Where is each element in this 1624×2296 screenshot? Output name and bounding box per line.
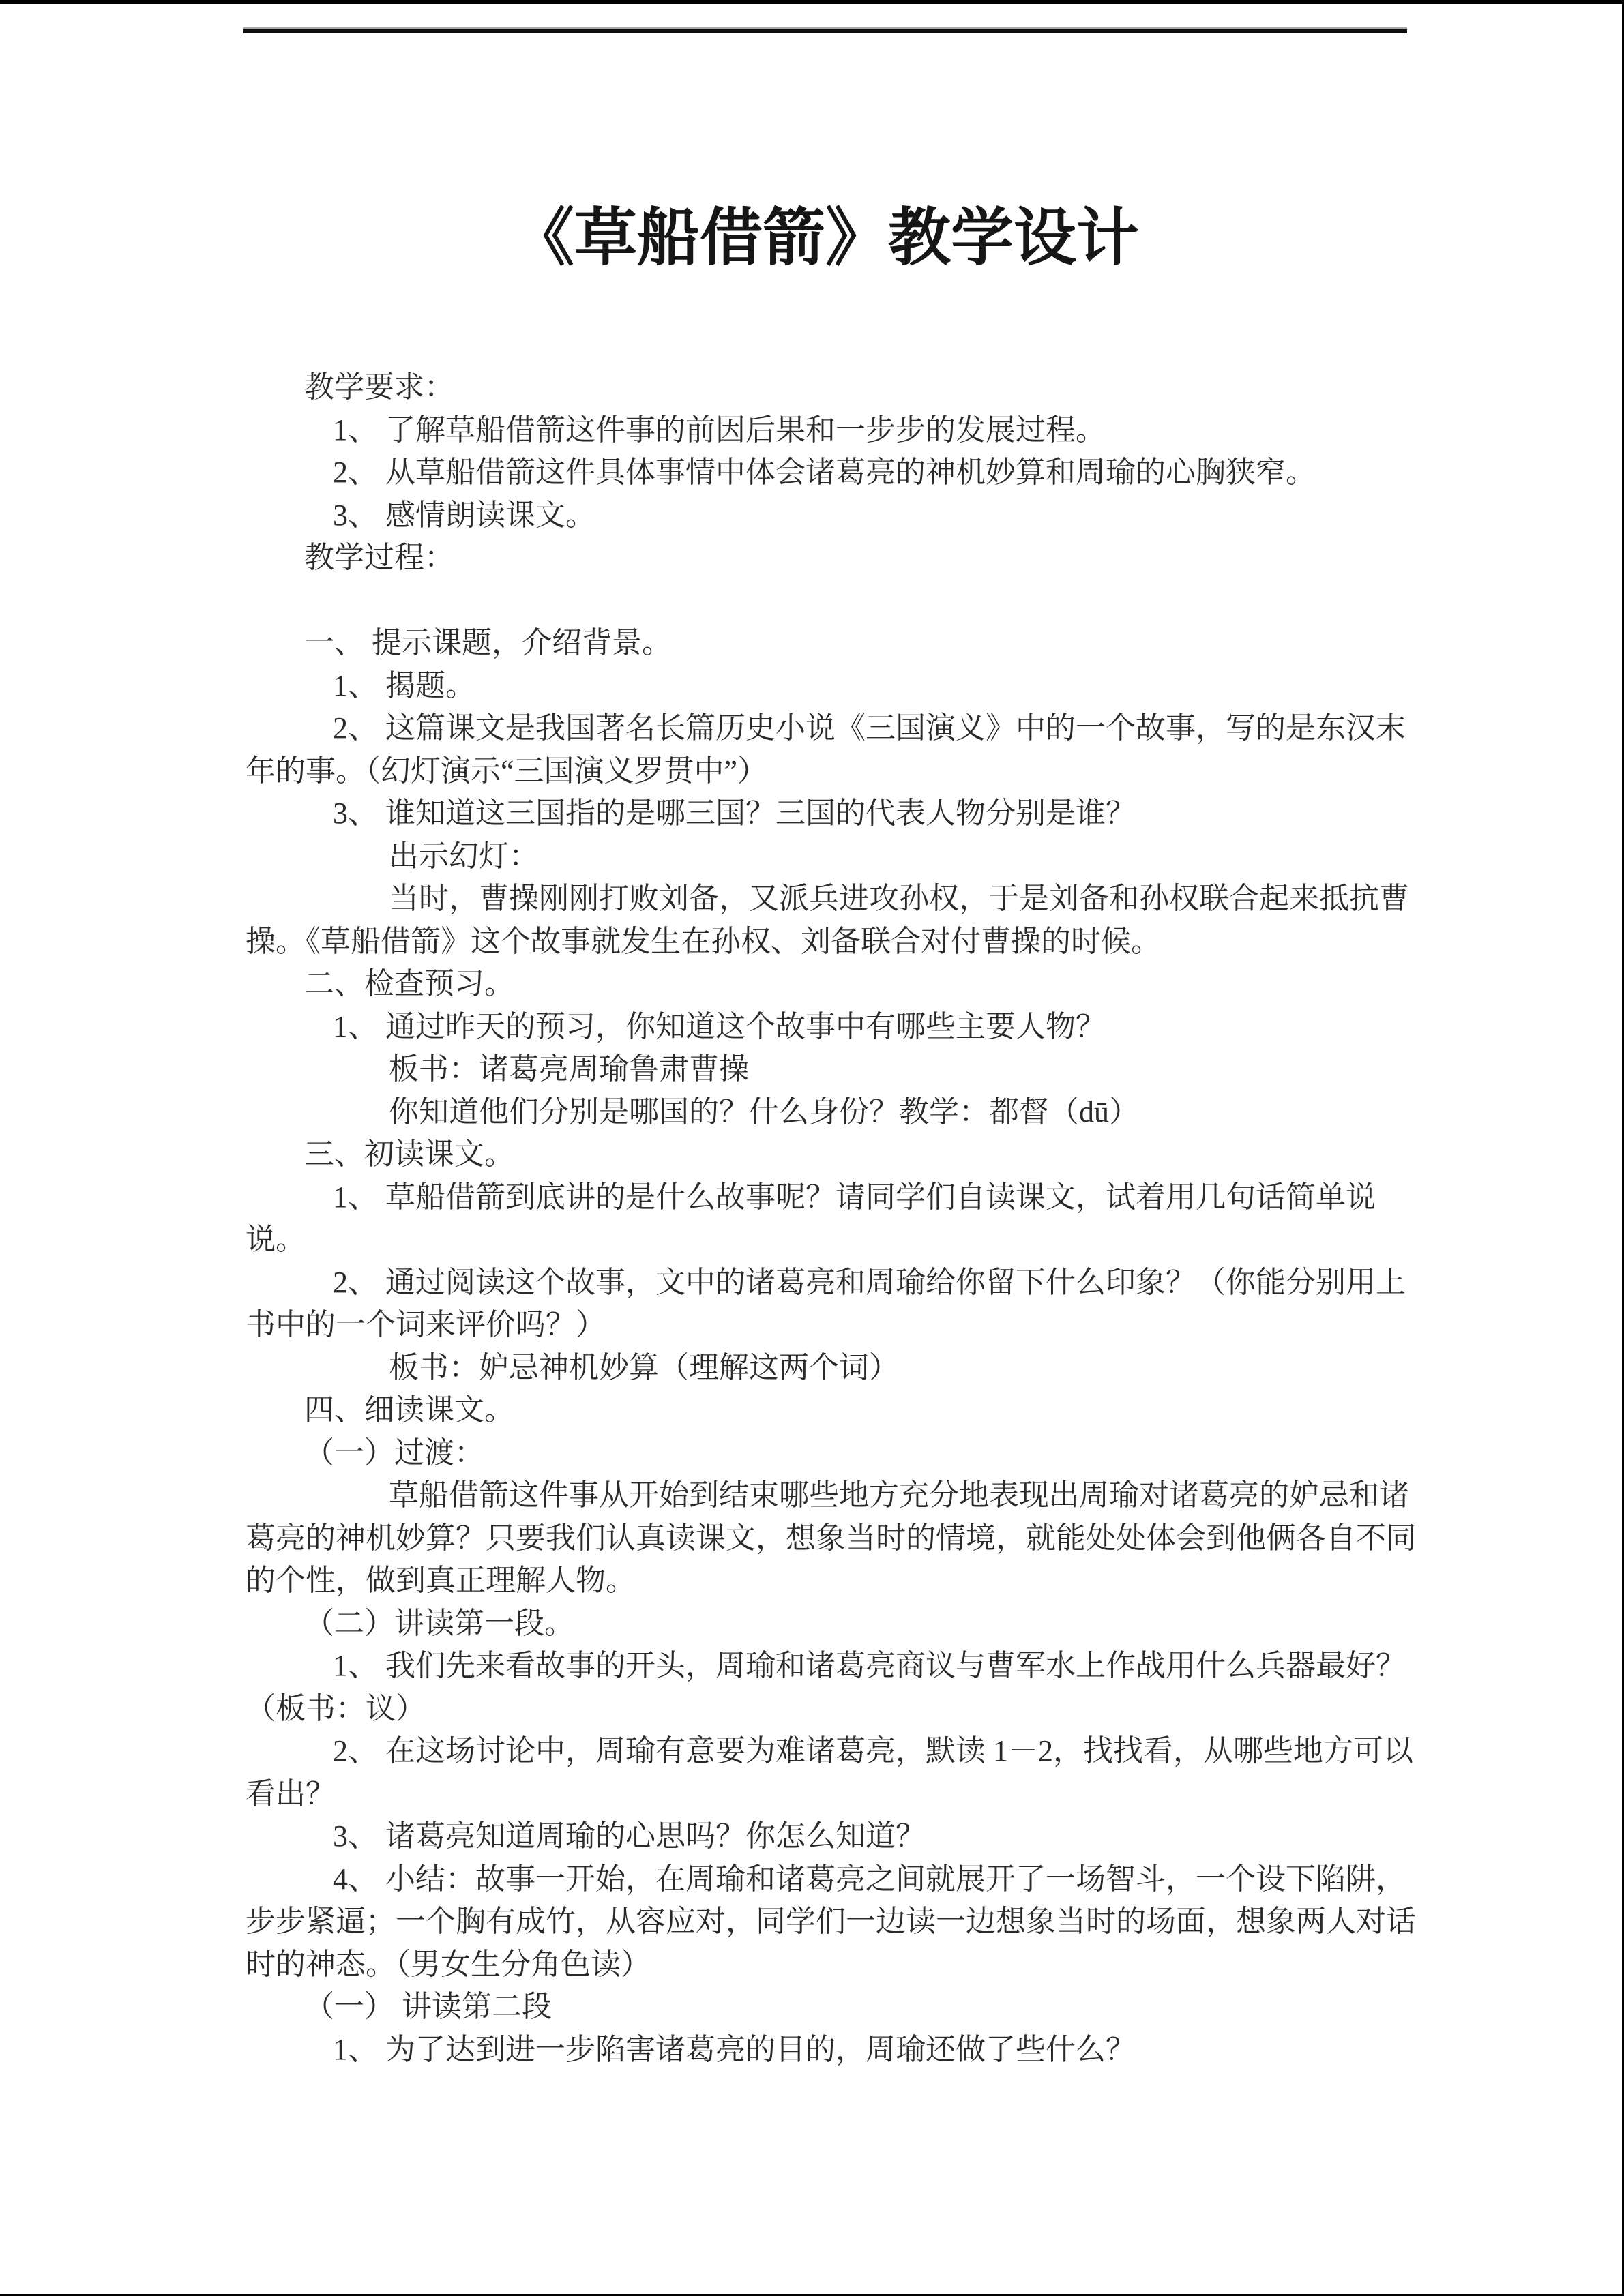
document-page: 《草船借箭》教学设计 教学要求：1、 了解草船借箭这件事的前因后果和一步步的发展… bbox=[0, 0, 1624, 2296]
text-line: 1、 草船借箭到底讲的是什么故事呢？请同学们自读课文，试着用几句话简单说 bbox=[246, 1176, 1413, 1219]
text-line: 1、 了解草船借箭这件事的前因后果和一步步的发展过程。 bbox=[246, 409, 1413, 452]
text-line: 4、 小结：故事一开始，在周瑜和诸葛亮之间就展开了一场智斗，一个设下陷阱， bbox=[246, 1858, 1413, 1901]
text-line: 一、 提示课题，介绍背景。 bbox=[246, 622, 1413, 665]
text-line: 教学要求： bbox=[246, 366, 1413, 409]
text-line: 时的神态。（男女生分角色读） bbox=[246, 1943, 1413, 1986]
text-line: 的个性，做到真正理解人物。 bbox=[246, 1560, 1413, 1602]
document-body: 教学要求：1、 了解草船借箭这件事的前因后果和一步步的发展过程。2、 从草船借箭… bbox=[246, 366, 1413, 2071]
text-line: 3、 诸葛亮知道周瑜的心思吗？你怎么知道？ bbox=[246, 1815, 1413, 1858]
text-line: 板书：诸葛亮周瑜鲁肃曹操 bbox=[246, 1048, 1413, 1091]
text-line: 当时，曹操刚刚打败刘备，又派兵进攻孙权，于是刘备和孙权联合起来抵抗曹 bbox=[246, 878, 1413, 921]
text-line: 葛亮的神机妙算？只要我们认真读课文，想象当时的情境，就能处处体会到他俩各自不同 bbox=[246, 1517, 1413, 1560]
text-line: 1、 我们先来看故事的开头，周瑜和诸葛亮商议与曹军水上作战用什么兵器最好？ bbox=[246, 1645, 1413, 1688]
text-line: （板书：议） bbox=[246, 1688, 1413, 1731]
text-line: 1、 揭题。 bbox=[246, 665, 1413, 708]
text-line: 草船借箭这件事从开始到结束哪些地方充分地表现出周瑜对诸葛亮的妒忌和诸 bbox=[246, 1474, 1413, 1517]
page-title: 《草船借箭》教学设计 bbox=[243, 200, 1407, 276]
text-line: 2、 通过阅读这个故事，文中的诸葛亮和周瑜给你留下什么印象？（你能分别用上 bbox=[246, 1262, 1413, 1304]
text-line: 年的事。（幻灯演示“三国演义罗贯中”） bbox=[246, 750, 1413, 793]
text-line: 1、 为了达到进一步陷害诸葛亮的目的，周瑜还做了些什么？ bbox=[246, 2029, 1413, 2072]
text-line: 3、 感情朗读课文。 bbox=[246, 494, 1413, 537]
text-line: 说。 bbox=[246, 1219, 1413, 1262]
text-line: 3、 谁知道这三国指的是哪三国？三国的代表人物分别是谁？ bbox=[246, 792, 1413, 835]
text-line: 二、检查预习。 bbox=[246, 963, 1413, 1006]
text-line: 2、 从草船借箭这件具体事情中体会诸葛亮的神机妙算和周瑜的心胸狭窄。 bbox=[246, 451, 1413, 494]
text-line: （二）讲读第一段。 bbox=[246, 1602, 1413, 1645]
text-line: （一） 讲读第二段 bbox=[246, 1986, 1413, 2029]
text-line: 2、 在这场讨论中，周瑜有意要为难诸葛亮，默读 1－2，找找看，从哪些地方可以 bbox=[246, 1730, 1413, 1773]
text-line: 四、细读课文。 bbox=[246, 1389, 1413, 1432]
text-line: 2、 这篇课文是我国著名长篇历史小说《三国演义》中的一个故事，写的是东汉末 bbox=[246, 707, 1413, 750]
text-line: 看出？ bbox=[246, 1773, 1413, 1816]
text-line: 出示幻灯： bbox=[246, 835, 1413, 878]
page-top-edge bbox=[0, 0, 1624, 4]
text-line: 你知道他们分别是哪国的？什么身份？教学：都督（dū） bbox=[246, 1091, 1413, 1134]
text-line: 1、 通过昨天的预习，你知道这个故事中有哪些主要人物？ bbox=[246, 1006, 1413, 1049]
text-line bbox=[246, 580, 1413, 623]
text-line: 教学过程： bbox=[246, 537, 1413, 580]
text-line: 三、初读课文。 bbox=[246, 1133, 1413, 1176]
text-line: 书中的一个词来评价吗？） bbox=[246, 1304, 1413, 1347]
text-line: 步步紧逼；一个胸有成竹，从容应对，同学们一边读一边想象当时的场面，想象两人对话 bbox=[246, 1900, 1413, 1943]
text-line: 板书：妒忌神机妙算（理解这两个词） bbox=[246, 1347, 1413, 1390]
header-rule bbox=[243, 27, 1407, 33]
text-line: 操。《草船借箭》这个故事就发生在孙权、刘备联合对付曹操的时候。 bbox=[246, 921, 1413, 964]
text-line: （一）过渡： bbox=[246, 1432, 1413, 1475]
